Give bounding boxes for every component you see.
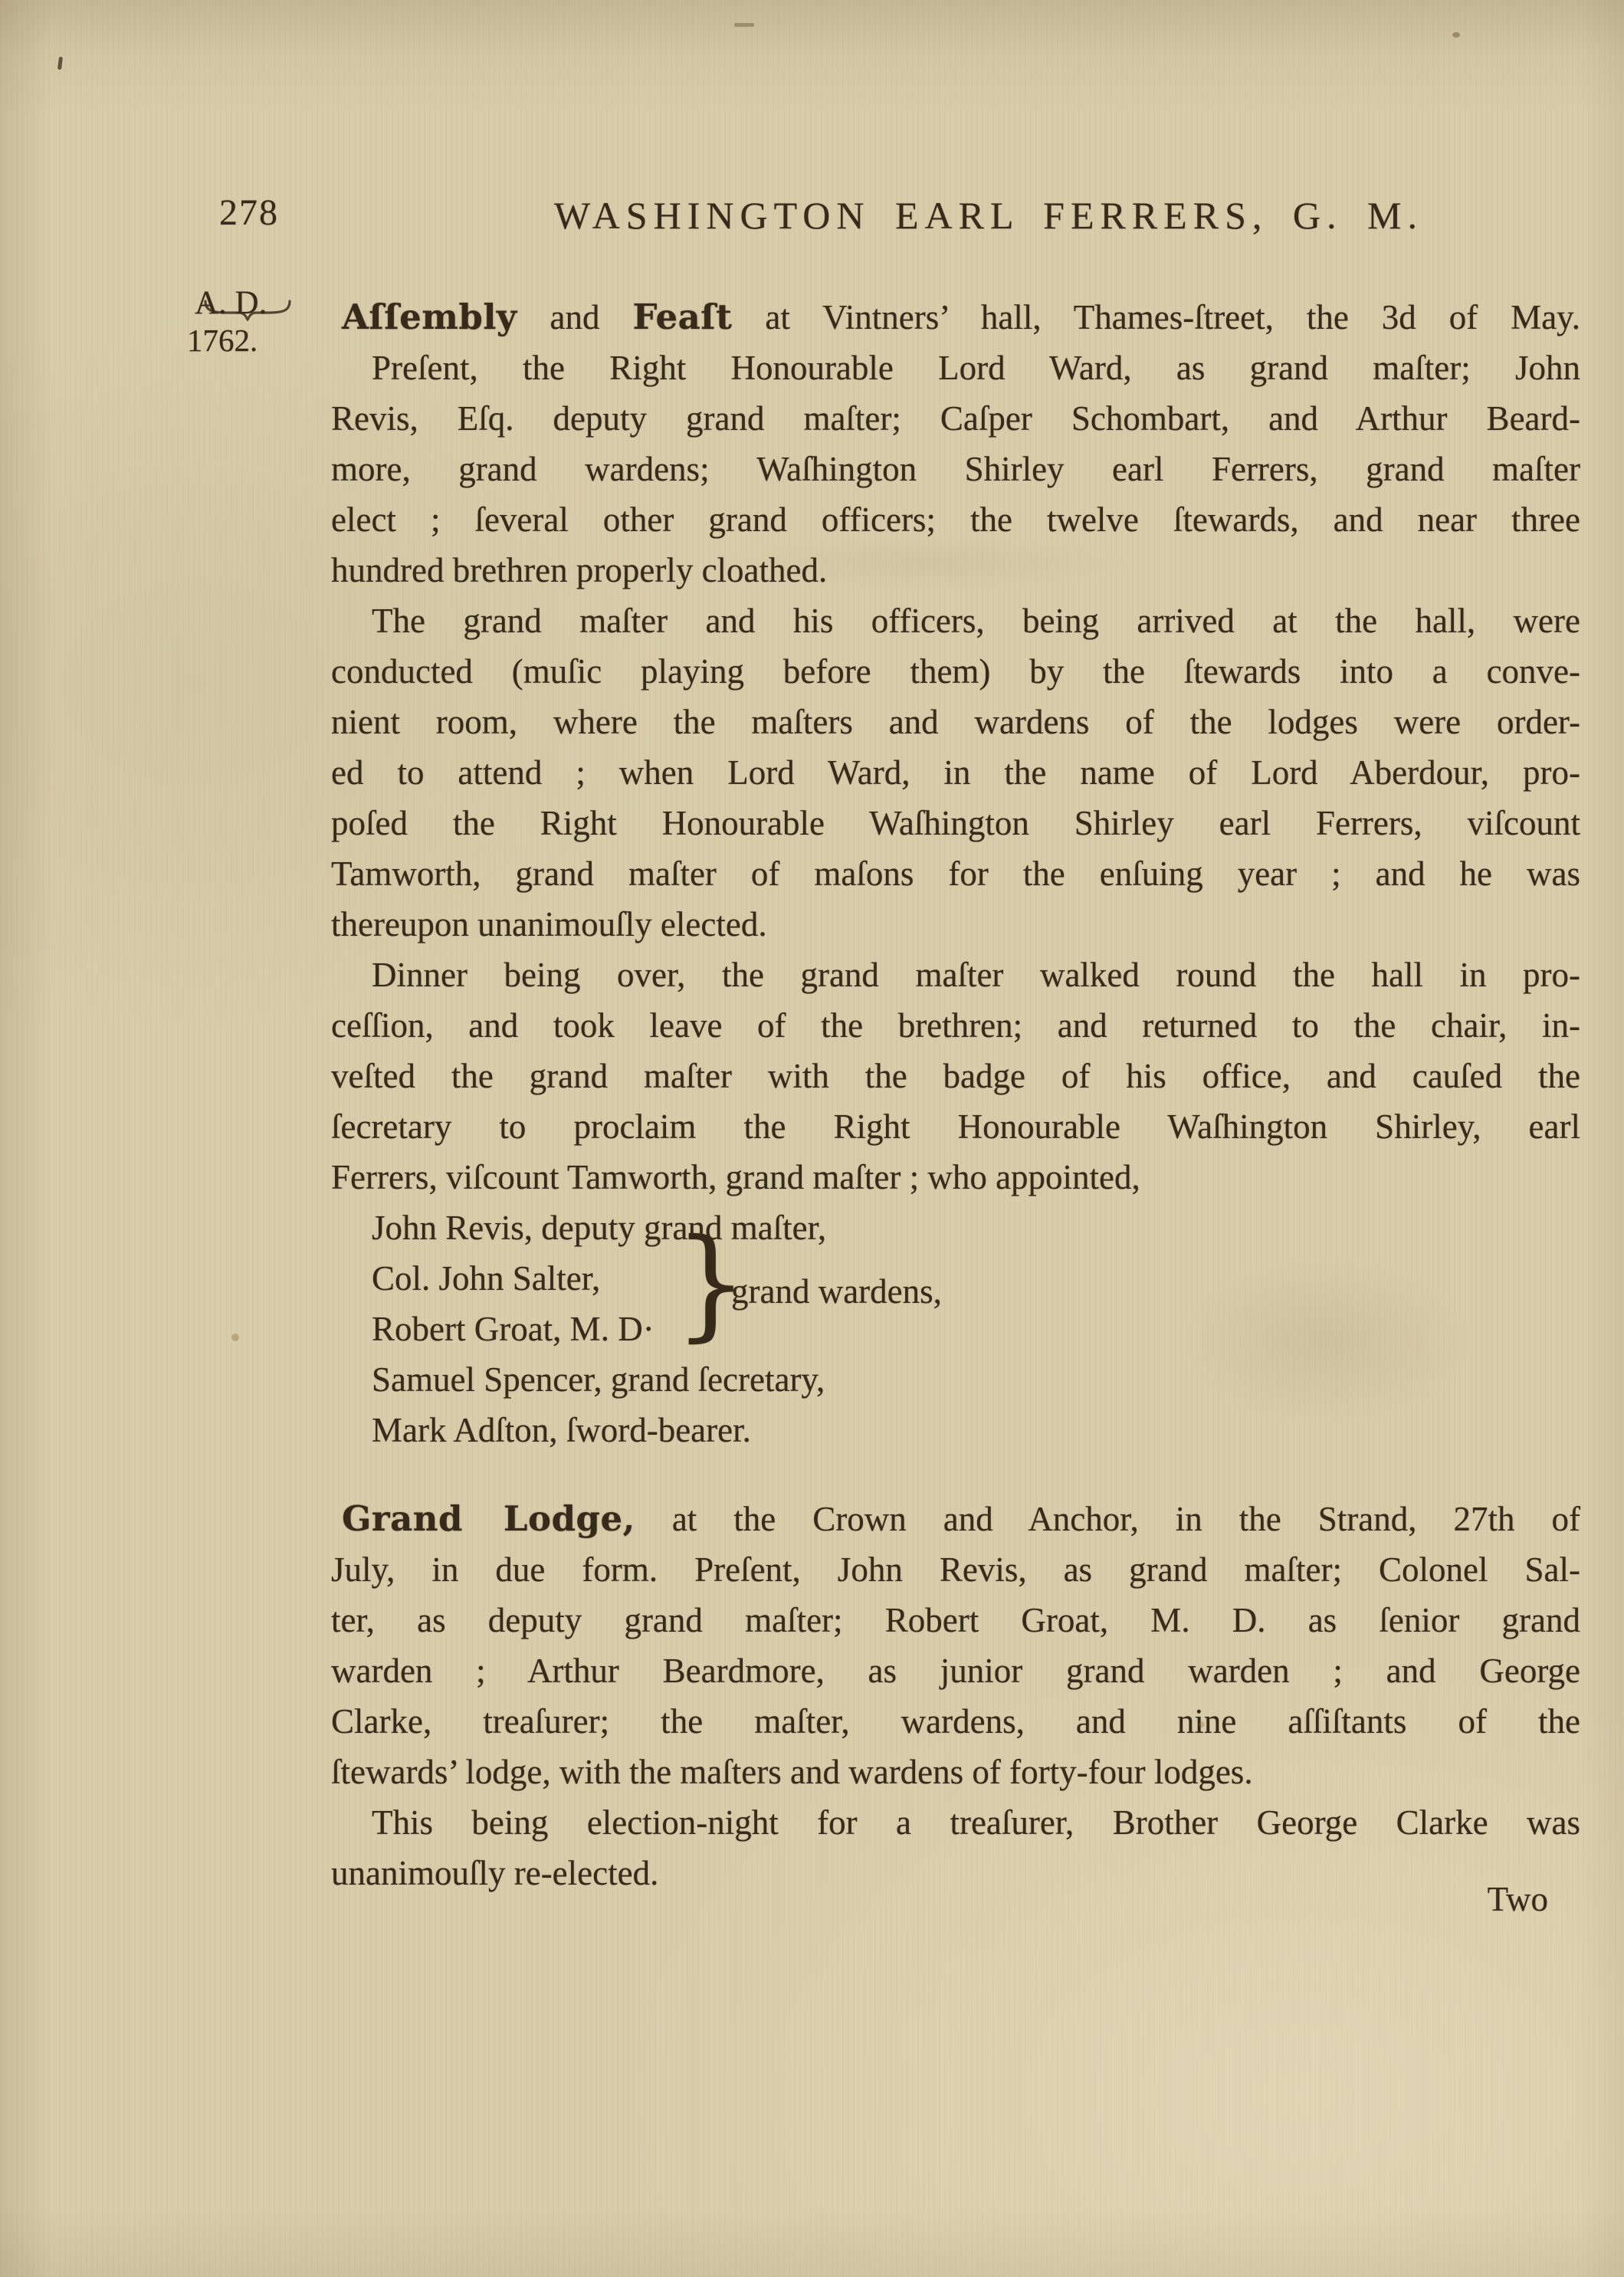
text-segment: Col. John Salter,	[372, 1259, 600, 1298]
text-line: thereupon unanimouſly elected.	[331, 899, 1580, 950]
text-line: Dinner being over, the grand maſter walk…	[372, 950, 1580, 1000]
text-line: ſecretary to proclaim the Right Honourab…	[331, 1101, 1580, 1152]
page-number: 278	[219, 192, 279, 234]
running-head-title: WASHINGTON EARL FERRERS, G. M.	[399, 193, 1579, 238]
text-line: Robert Groat, M. D·	[372, 1304, 1580, 1354]
text-segment: ſtewards’ lodge, with the maſters and wa…	[331, 1753, 1253, 1791]
text-line: poſed the Right Honourable Waſhington Sh…	[331, 798, 1580, 848]
text-line: Samuel Spencer, grand ſecretary,	[372, 1354, 1580, 1405]
text-segment: Samuel Spencer, grand ſecretary,	[372, 1360, 825, 1399]
officers-role-label: grand wardens,	[731, 1266, 942, 1317]
text-segment: veſted the grand maſter with the badge o…	[331, 1057, 1580, 1095]
blackletter-word: Feaſt	[633, 297, 733, 337]
text-line: Grand Lodge, at the Crown and Anchor, in…	[342, 1494, 1580, 1544]
ink-speck	[1452, 32, 1460, 38]
text-line: ter, as deputy grand maſter; Robert Groa…	[331, 1595, 1580, 1645]
text-line: The grand maſter and his officers, being…	[372, 595, 1580, 646]
text-segment: Preſent, the Right Honourable Lord Ward,…	[372, 349, 1580, 387]
text-segment: ter, as deputy grand maſter; Robert Groa…	[331, 1601, 1580, 1639]
margin-note: A. D. 1762.	[187, 285, 267, 359]
text-segment: Robert Groat, M. D·	[372, 1310, 655, 1348]
text-segment: hundred brethren properly cloathed.	[331, 551, 827, 589]
text-line: more, grand wardens; Waſhington Shirley …	[331, 444, 1580, 494]
text-segment: at Vintners’ hall, Thames-ſtreet, the 3d…	[732, 298, 1580, 336]
text-segment: Mark Adſton, ſword-bearer.	[372, 1411, 751, 1449]
text-segment: July, in due form. Preſent, John Revis, …	[331, 1550, 1580, 1589]
text-segment: thereupon unanimouſly elected.	[331, 905, 767, 943]
blackletter-word: Aſſembly	[342, 297, 517, 337]
text-line: Mark Adſton, ſword-bearer.	[372, 1405, 1580, 1455]
text-segment: ſecretary to proclaim the Right Honourab…	[331, 1107, 1580, 1146]
blackletter-word: Grand Lodge,	[342, 1498, 635, 1539]
text-line: hundred brethren properly cloathed.	[331, 545, 1580, 595]
text-line: nient room, where the maſters and warden…	[331, 697, 1580, 747]
margin-note-era: A. D.	[195, 285, 267, 322]
text-segment: warden ; Arthur Beardmore, as junior gra…	[331, 1652, 1580, 1690]
text-segment: unanimouſly re-elected.	[331, 1854, 658, 1892]
text-line: Tamworth, grand maſter of maſons for the…	[331, 848, 1580, 899]
foxing-spot	[231, 1334, 239, 1341]
margin-note-year: 1762.	[187, 322, 267, 359]
text-segment: elect ; ſeveral other grand officers; th…	[331, 500, 1580, 539]
text-line: Aſſembly and Feaſt at Vintners’ hall, Th…	[342, 292, 1580, 343]
book-page: 278 WASHINGTON EARL FERRERS, G. M. A. D.…	[0, 0, 1624, 2277]
foxing-spot	[1199, 1721, 1205, 1727]
text-line: Revis, Eſq. deputy grand maſter; Caſper …	[331, 393, 1580, 444]
text-line: ceſſion, and took leave of the brethren;…	[331, 1000, 1580, 1051]
ink-speck	[734, 23, 754, 27]
text-segment: and	[517, 298, 633, 336]
text-line: unanimouſly re-elected.	[331, 1848, 1580, 1898]
text-segment: This being election-night for a treaſure…	[372, 1803, 1580, 1842]
text-line: John Revis, deputy grand maſter,	[372, 1202, 1580, 1253]
text-segment: Clarke, treaſurer; the maſter, wardens, …	[331, 1702, 1580, 1741]
text-segment: Dinner being over, the grand maſter walk…	[372, 956, 1580, 994]
text-line: July, in due form. Preſent, John Revis, …	[331, 1544, 1580, 1595]
text-segment: Revis, Eſq. deputy grand maſter; Caſper …	[331, 399, 1580, 438]
text-line: Col. John Salter,	[372, 1253, 1580, 1304]
ink-speck	[57, 57, 63, 70]
text-segment: nient room, where the maſters and warden…	[331, 703, 1580, 741]
text-line: Ferrers, viſcount Tamworth, grand maſter…	[331, 1152, 1580, 1202]
text-segment: ed to attend ; when Lord Ward, in the na…	[331, 753, 1580, 792]
text-line: This being election-night for a treaſure…	[372, 1797, 1580, 1848]
text-segment: John Revis, deputy grand maſter,	[372, 1209, 826, 1247]
text-segment: Ferrers, viſcount Tamworth, grand maſter…	[331, 1158, 1140, 1196]
text-segment: poſed the Right Honourable Waſhington Sh…	[331, 804, 1580, 842]
text-segment: at the Crown and Anchor, in the Strand, …	[635, 1500, 1580, 1538]
text-line: ſtewards’ lodge, with the maſters and wa…	[331, 1747, 1580, 1797]
catchword: Two	[1441, 1879, 1548, 1919]
text-block: Aſſembly and Feaſt at Vintners’ hall, Th…	[331, 292, 1580, 1898]
text-segment: conducted (muſic playing before them) by…	[331, 652, 1580, 691]
text-segment: Tamworth, grand maſter of maſons for the…	[331, 855, 1580, 893]
text-segment: more, grand wardens; Waſhington Shirley …	[331, 450, 1580, 488]
text-segment: The grand maſter and his officers, being…	[372, 602, 1580, 640]
text-line: elect ; ſeveral other grand officers; th…	[331, 494, 1580, 545]
text-line: warden ; Arthur Beardmore, as junior gra…	[331, 1645, 1580, 1696]
text-line: Clarke, treaſurer; the maſter, wardens, …	[331, 1696, 1580, 1747]
text-line: conducted (muſic playing before them) by…	[331, 646, 1580, 697]
text-segment: ceſſion, and took leave of the brethren;…	[331, 1006, 1580, 1045]
text-line: ed to attend ; when Lord Ward, in the na…	[331, 747, 1580, 798]
text-line: Preſent, the Right Honourable Lord Ward,…	[372, 343, 1580, 393]
text-line: veſted the grand maſter with the badge o…	[331, 1051, 1580, 1101]
